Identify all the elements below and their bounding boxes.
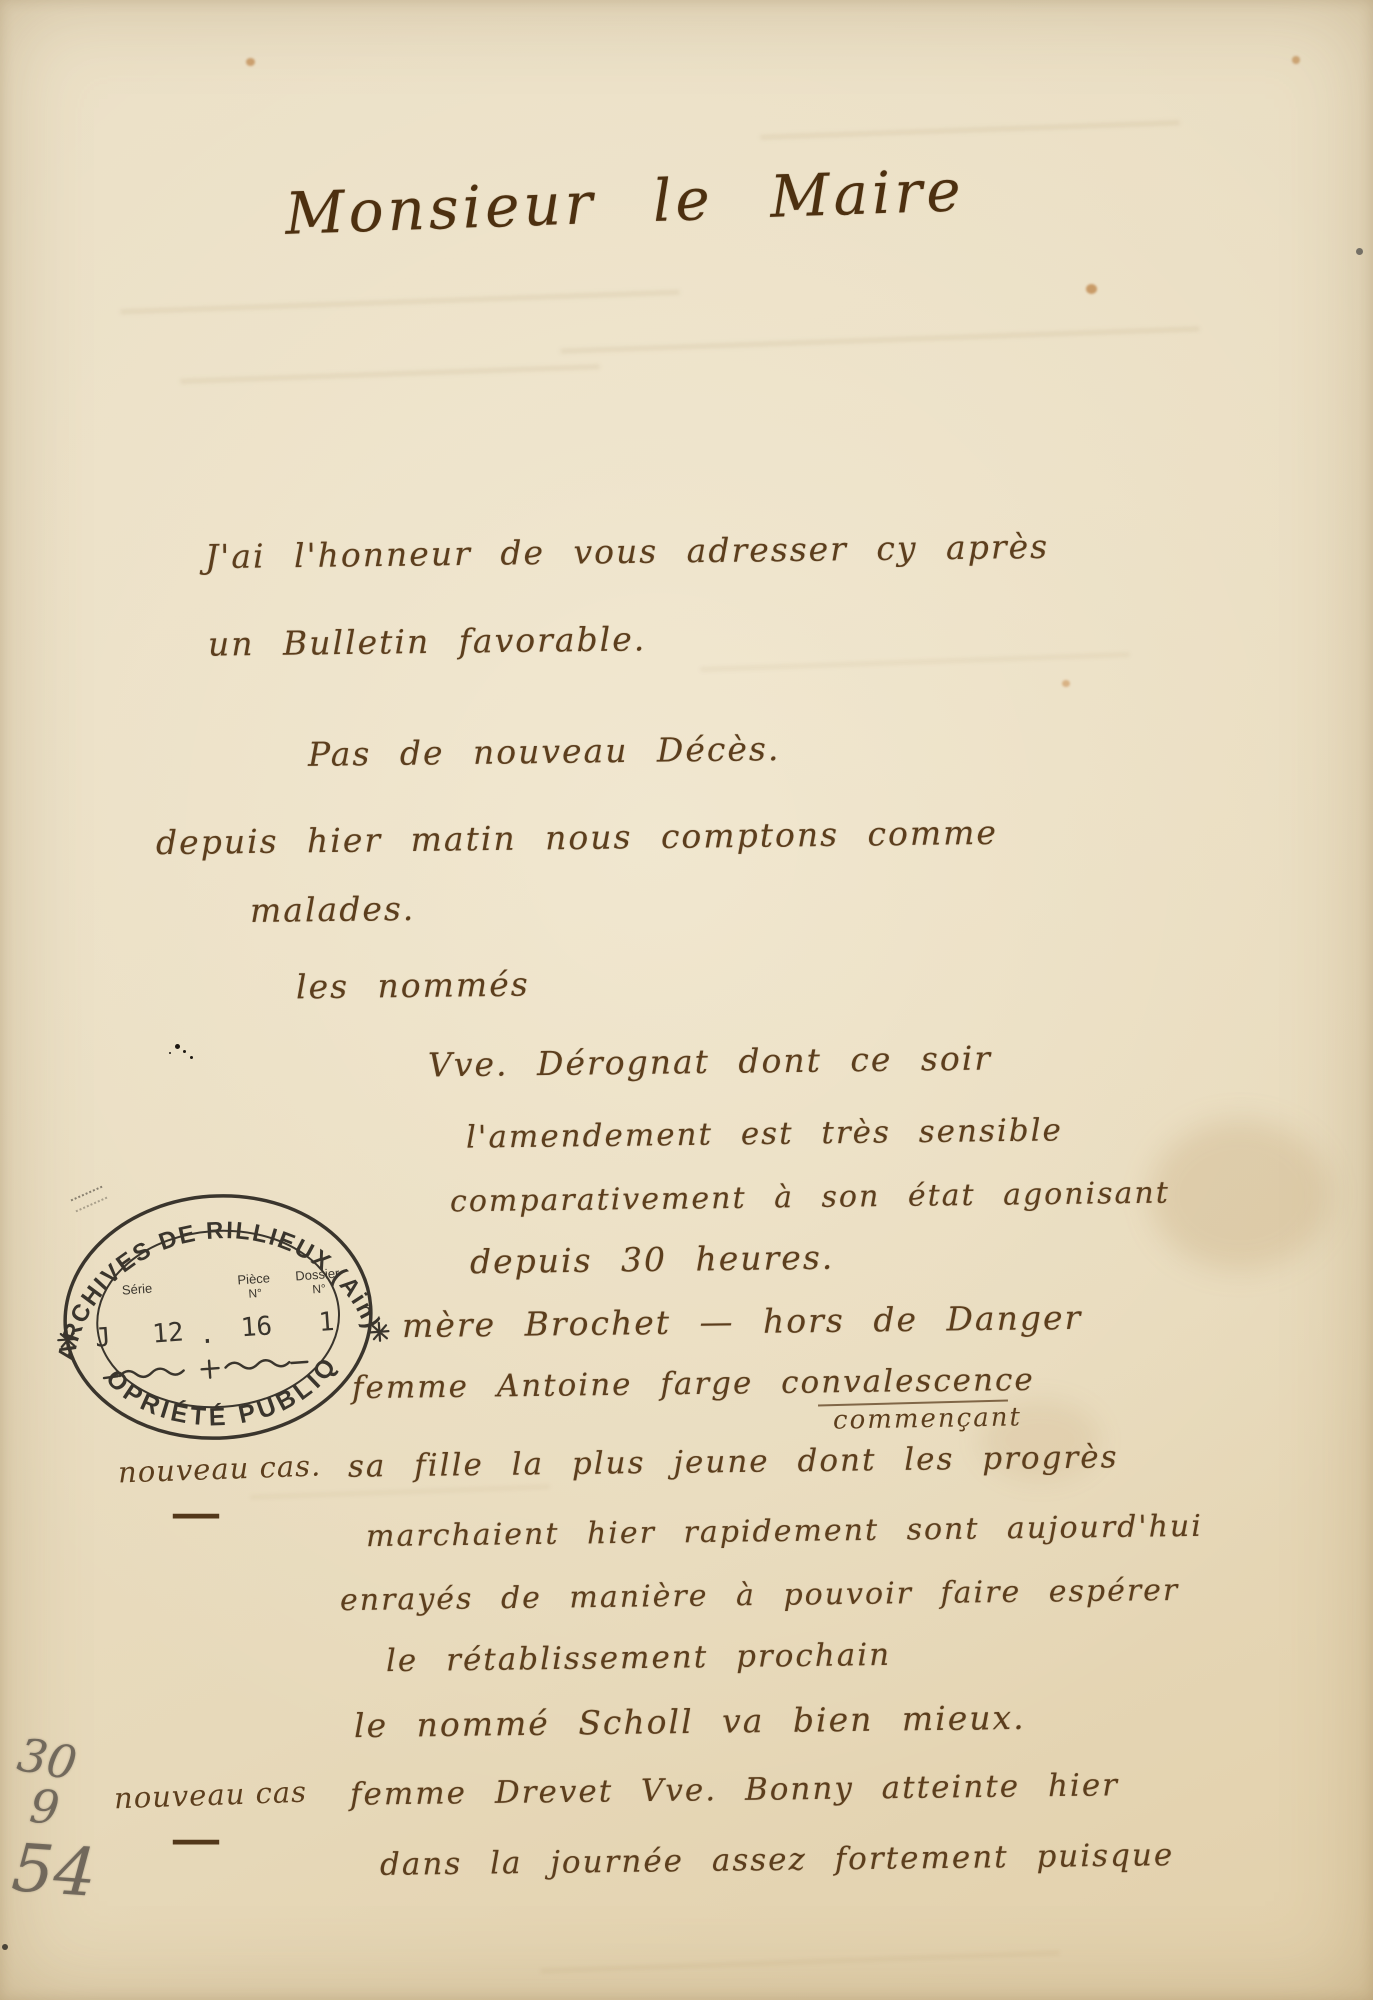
letter-line: marchaient hier rapidement sont aujourd'… <box>366 1509 1203 1554</box>
stain <box>1150 1120 1330 1270</box>
letter-line: femme Antoine farge convalescence <box>352 1362 1035 1406</box>
margin-note-nouveau-cas: nouveau cas. <box>117 1448 321 1489</box>
letter-line: enrayés de manière à pouvoir faire espér… <box>340 1573 1180 1618</box>
ink-speck <box>183 1050 186 1053</box>
margin-dash: — <box>170 1490 222 1537</box>
margin-dash: — <box>170 1816 222 1863</box>
showthrough-mark <box>120 290 680 314</box>
archive-stamp: ARCHIVES DE RILLIEUX (Ain) PROPRIÉTÉ PUB… <box>33 1174 402 1460</box>
letter-salutation: Monsieur le Maire <box>284 156 966 248</box>
showthrough-mark <box>760 121 1180 140</box>
speck <box>2 1944 8 1950</box>
showthrough-mark <box>540 1951 1060 1973</box>
letter-page: Monsieur le Maire J'ai l'honneur de vous… <box>0 0 1373 2000</box>
fox-spot <box>1292 56 1300 64</box>
showthrough-mark <box>700 652 1130 671</box>
letter-line: sa fille la plus jeune dont les progrès <box>348 1439 1119 1484</box>
stamp-value-dossier: 1 <box>318 1307 336 1338</box>
stamp-value-piece: 16 <box>240 1311 273 1343</box>
showthrough-mark <box>560 327 1200 353</box>
showthrough-mark <box>180 365 600 384</box>
letter-line: le rétablissement prochain <box>386 1637 891 1679</box>
letter-line: un Bulletin favorable. <box>208 619 647 663</box>
letter-line: depuis 30 heures. <box>470 1238 835 1281</box>
stamp-label-piece-no: N° <box>248 1286 263 1301</box>
stamp-value-separator: . <box>198 1319 216 1350</box>
letter-line: les nommés <box>296 965 530 1007</box>
ink-speck <box>175 1044 180 1049</box>
letter-line: depuis hier matin nous comptons comme <box>156 813 998 862</box>
letter-line: malades. <box>250 889 416 930</box>
margin-note-nouveau-cas: nouveau cas <box>113 1775 307 1816</box>
insertion-note: commençant <box>833 1402 1022 1435</box>
fox-spot <box>1086 284 1097 294</box>
letter-line: femme Drevet Vve. Bonny atteinte hier <box>350 1767 1119 1812</box>
letter-line: le nommé Scholl va bien mieux. <box>354 1698 1026 1745</box>
letter-line: dans la journée assez fortement puisque <box>380 1837 1175 1883</box>
stamp-label-dossier-no: N° <box>312 1281 327 1296</box>
letter-line: J'ai l'honneur de vous adresser cy après <box>205 527 1049 576</box>
stamp-label-piece: Pièce <box>237 1270 270 1287</box>
fox-spot <box>246 58 255 66</box>
letter-line: l'amendement est très sensible <box>466 1112 1063 1155</box>
letter-line: mère Brochet — hors de Danger <box>402 1298 1083 1345</box>
stamp-value-serie: J 12 <box>94 1317 185 1353</box>
ink-speck <box>169 1052 171 1054</box>
ink-speck <box>190 1056 193 1059</box>
stamp-label-dossier: Dossier <box>295 1265 341 1283</box>
showthrough-mark <box>250 1485 550 1499</box>
letter-line: Pas de nouveau Décès. <box>308 729 781 774</box>
stamp-label-serie: Série <box>121 1281 152 1298</box>
letter-line: comparativement à son état agonisant <box>450 1176 1170 1220</box>
fox-spot <box>1062 680 1070 687</box>
pencil-annotation: 54 <box>9 1829 98 1912</box>
speck <box>1356 248 1363 255</box>
pencil-annotation: 9 <box>27 1779 62 1836</box>
letter-line: Vve. Dérognat dont ce soir <box>428 1039 992 1085</box>
